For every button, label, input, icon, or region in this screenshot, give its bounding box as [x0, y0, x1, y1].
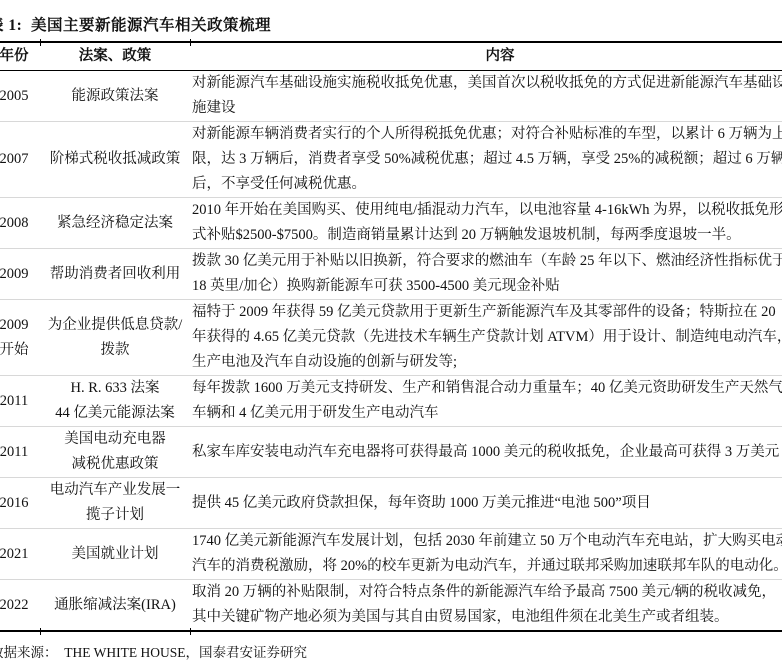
year-cell: 2011	[0, 440, 40, 465]
table-row: 2011 H. R. 633 法案 44 亿美元能源法案 每年拨款 1600 万…	[0, 375, 782, 426]
header-policy: 法案、政策	[40, 44, 190, 69]
column-tick	[40, 628, 41, 635]
table-row: 2005 能源政策法案 对新能源汽车基础设施实施税收抵免优惠，美国首次以税收抵免…	[0, 71, 782, 121]
table-row: 2011 美国电动充电器 减税优惠政策 私家车库安装电动汽车充电器将可获得最高 …	[0, 426, 782, 477]
year-cell: 2009 开始	[0, 313, 40, 363]
content-cell: 福特于 2009 年获得 59 亿美元贷款用于更新生产新能源汽车及其零部件的设备…	[190, 300, 782, 375]
report-table-sheet: 表 1: 美国主要新能源汽车相关政策梳理 年份 法案、政策 内容 2005 能源…	[0, 0, 782, 661]
policy-cell: 阶梯式税收抵减政策	[40, 147, 190, 172]
table-row: 2021 美国就业计划 1740 亿美元新能源汽车发展计划，包括 2030 年前…	[0, 528, 782, 579]
data-source-note: 数据来源： THE WHITE HOUSE，国泰君安证券研究	[0, 641, 782, 661]
year-cell: 2021	[0, 542, 40, 567]
table-row: 2008 紧急经济稳定法案 2010 年开始在美国购买、使用纯电/插混动力汽车，…	[0, 197, 782, 248]
header-content: 内容	[190, 43, 782, 70]
year-cell: 2009	[0, 262, 40, 287]
policy-cell: H. R. 633 法案 44 亿美元能源法案	[40, 376, 190, 426]
content-cell: 对新能源汽车基础设施实施税收抵免优惠，美国首次以税收抵免的方式促进新能源汽车基础…	[190, 71, 782, 121]
table-bottom-border	[0, 630, 782, 632]
content-cell: 提供 45 亿美元政府贷款担保，每年资助 1000 万美元推进“电池 500”项…	[190, 491, 782, 516]
table-row: 2016 电动汽车产业发展一 揽子计划 提供 45 亿美元政府贷款担保，每年资助…	[0, 477, 782, 528]
content-cell: 对新能源车辆消费者实行的个人所得税抵免优惠；对符合补贴标准的车型，以累计 6 万…	[190, 122, 782, 197]
policy-cell: 帮助消费者回收利用	[40, 262, 190, 287]
content-cell: 取消 20 万辆的补贴限制，对符合特点条件的新能源汽车给予最高 7500 美元/…	[190, 580, 782, 630]
year-cell: 2022	[0, 593, 40, 618]
table-row: 2009 开始 为企业提供低息贷款/ 拨款 福特于 2009 年获得 59 亿美…	[0, 299, 782, 375]
year-cell: 2007	[0, 147, 40, 172]
policy-cell: 为企业提供低息贷款/ 拨款	[40, 313, 190, 363]
content-cell: 私家车库安装电动汽车充电器将可获得最高 1000 美元的税收抵免，企业最高可获得…	[190, 440, 782, 465]
policy-cell: 能源政策法案	[40, 84, 190, 109]
table-header-row: 年份 法案、政策 内容	[0, 43, 782, 71]
column-tick	[40, 39, 41, 46]
table-title: 表 1: 美国主要新能源汽车相关政策梳理	[0, 13, 782, 35]
header-year: 年份	[0, 44, 40, 69]
year-cell: 2011	[0, 389, 40, 414]
policy-cell: 通胀缩减法案(IRA)	[40, 593, 190, 618]
table-row: 2007 阶梯式税收抵减政策 对新能源车辆消费者实行的个人所得税抵免优惠；对符合…	[0, 121, 782, 197]
column-tick	[190, 628, 191, 635]
table-row: 2022 通胀缩减法案(IRA) 取消 20 万辆的补贴限制，对符合特点条件的新…	[0, 579, 782, 630]
policy-cell: 紧急经济稳定法案	[40, 211, 190, 236]
year-cell: 2016	[0, 491, 40, 516]
table-row: 2009 帮助消费者回收利用 拨款 30 亿美元用于补贴以旧换新，符合要求的燃油…	[0, 248, 782, 299]
content-cell: 1740 亿美元新能源汽车发展计划，包括 2030 年前建立 50 万个电动汽车…	[190, 529, 782, 579]
policy-cell: 美国就业计划	[40, 542, 190, 567]
year-cell: 2005	[0, 84, 40, 109]
year-cell: 2008	[0, 211, 40, 236]
column-tick	[190, 39, 191, 46]
policy-cell: 美国电动充电器 减税优惠政策	[40, 427, 190, 477]
content-cell: 2010 年开始在美国购买、使用纯电/插混动力汽车，以电池容量 4-16kWh …	[190, 198, 782, 248]
content-cell: 每年拨款 1600 万美元支持研发、生产和销售混合动力重量车；40 亿美元资助研…	[190, 376, 782, 426]
content-cell: 拨款 30 亿美元用于补贴以旧换新，符合要求的燃油车（车龄 25 年以下、燃油经…	[190, 249, 782, 299]
table-top-border	[0, 41, 782, 43]
policy-cell: 电动汽车产业发展一 揽子计划	[40, 478, 190, 528]
